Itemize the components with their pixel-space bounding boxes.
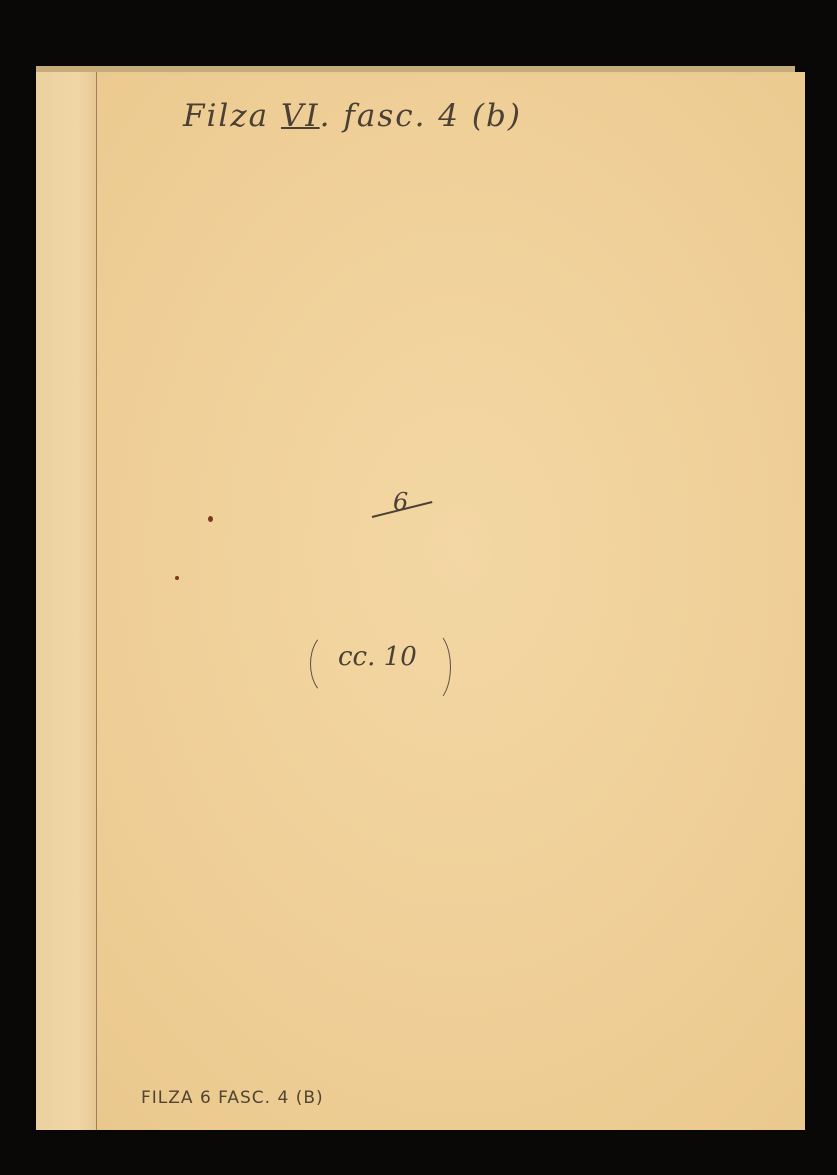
- title-annotation: Filza VI. fasc. 4 (b): [183, 98, 522, 134]
- footer-label: FILZA 6 FASC. 4 (B): [141, 1088, 324, 1108]
- ink-spot: [208, 516, 213, 522]
- leaf-count-right-paren: [412, 630, 451, 704]
- title-suffix: . fasc. 4 (b): [320, 98, 522, 134]
- binding-strip: [36, 72, 96, 1130]
- folio-number: 6: [393, 488, 408, 516]
- sheet-top-edge: [36, 66, 795, 74]
- archival-folder-sheet: [36, 72, 805, 1130]
- title-roman-numeral: VI: [281, 98, 320, 134]
- ink-spot: [175, 576, 179, 580]
- binding-crease-line: [96, 72, 97, 1130]
- title-prefix: Filza: [183, 98, 269, 134]
- leaf-count: cc. 10: [338, 642, 417, 672]
